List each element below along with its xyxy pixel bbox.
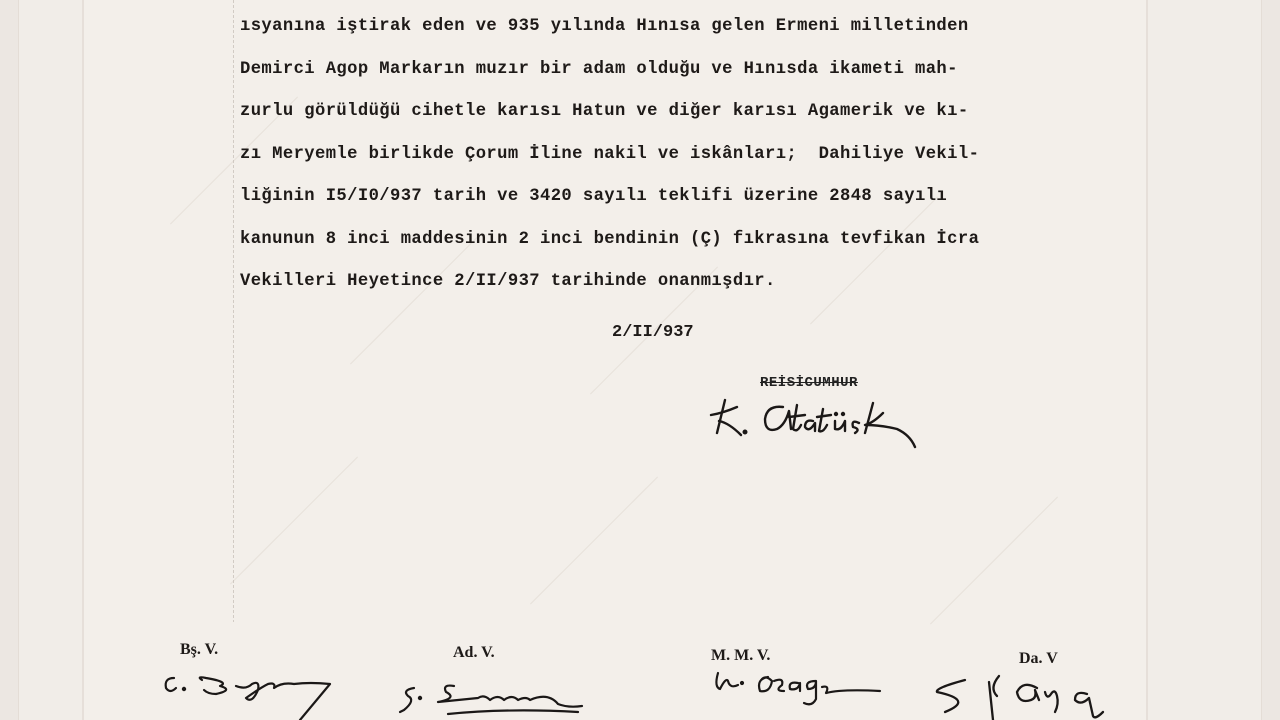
scan-edge-left [0,0,19,720]
page-fold-line [82,0,84,720]
president-signature [705,385,945,460]
text-line: Vekilleri Heyetince 2/II/937 tarihinde o… [240,265,1140,308]
text-line: zurlu görüldüğü cihetle karısı Hatun ve … [240,95,1140,138]
watermark-mark [530,477,658,605]
signature-ozalp [712,665,892,720]
decree-body: ısyanına iştirak eden ve 935 yılında Hın… [240,10,1140,308]
text-line: zı Meryemle birlikde Çorum İline nakil v… [240,138,1140,181]
watermark-mark [230,457,358,585]
signature-kaya [925,670,1115,720]
margin-rule [233,0,234,622]
text-line: liğinin I5/I0/937 tarih ve 3420 sayılı t… [240,180,1140,223]
signatory-label: Da. V [1019,650,1058,668]
scan-edge-right [1261,0,1280,720]
page-fold-line [1146,0,1148,720]
signature-saracoglu [398,680,598,720]
signatory-label: Bş. V. [180,641,218,659]
text-line: kanunun 8 inci maddesinin 2 inci bendini… [240,223,1140,266]
text-line: ısyanına iştirak eden ve 935 yılında Hın… [240,10,1140,53]
text-line: Demirci Agop Markarın muzır bir adam old… [240,53,1140,96]
document-date: 2/II/937 [612,323,694,342]
signatory-label: Ad. V. [453,644,495,662]
signature-bayar [160,668,360,720]
watermark-mark [930,497,1058,625]
signatory-label: M. M. V. [711,647,770,665]
